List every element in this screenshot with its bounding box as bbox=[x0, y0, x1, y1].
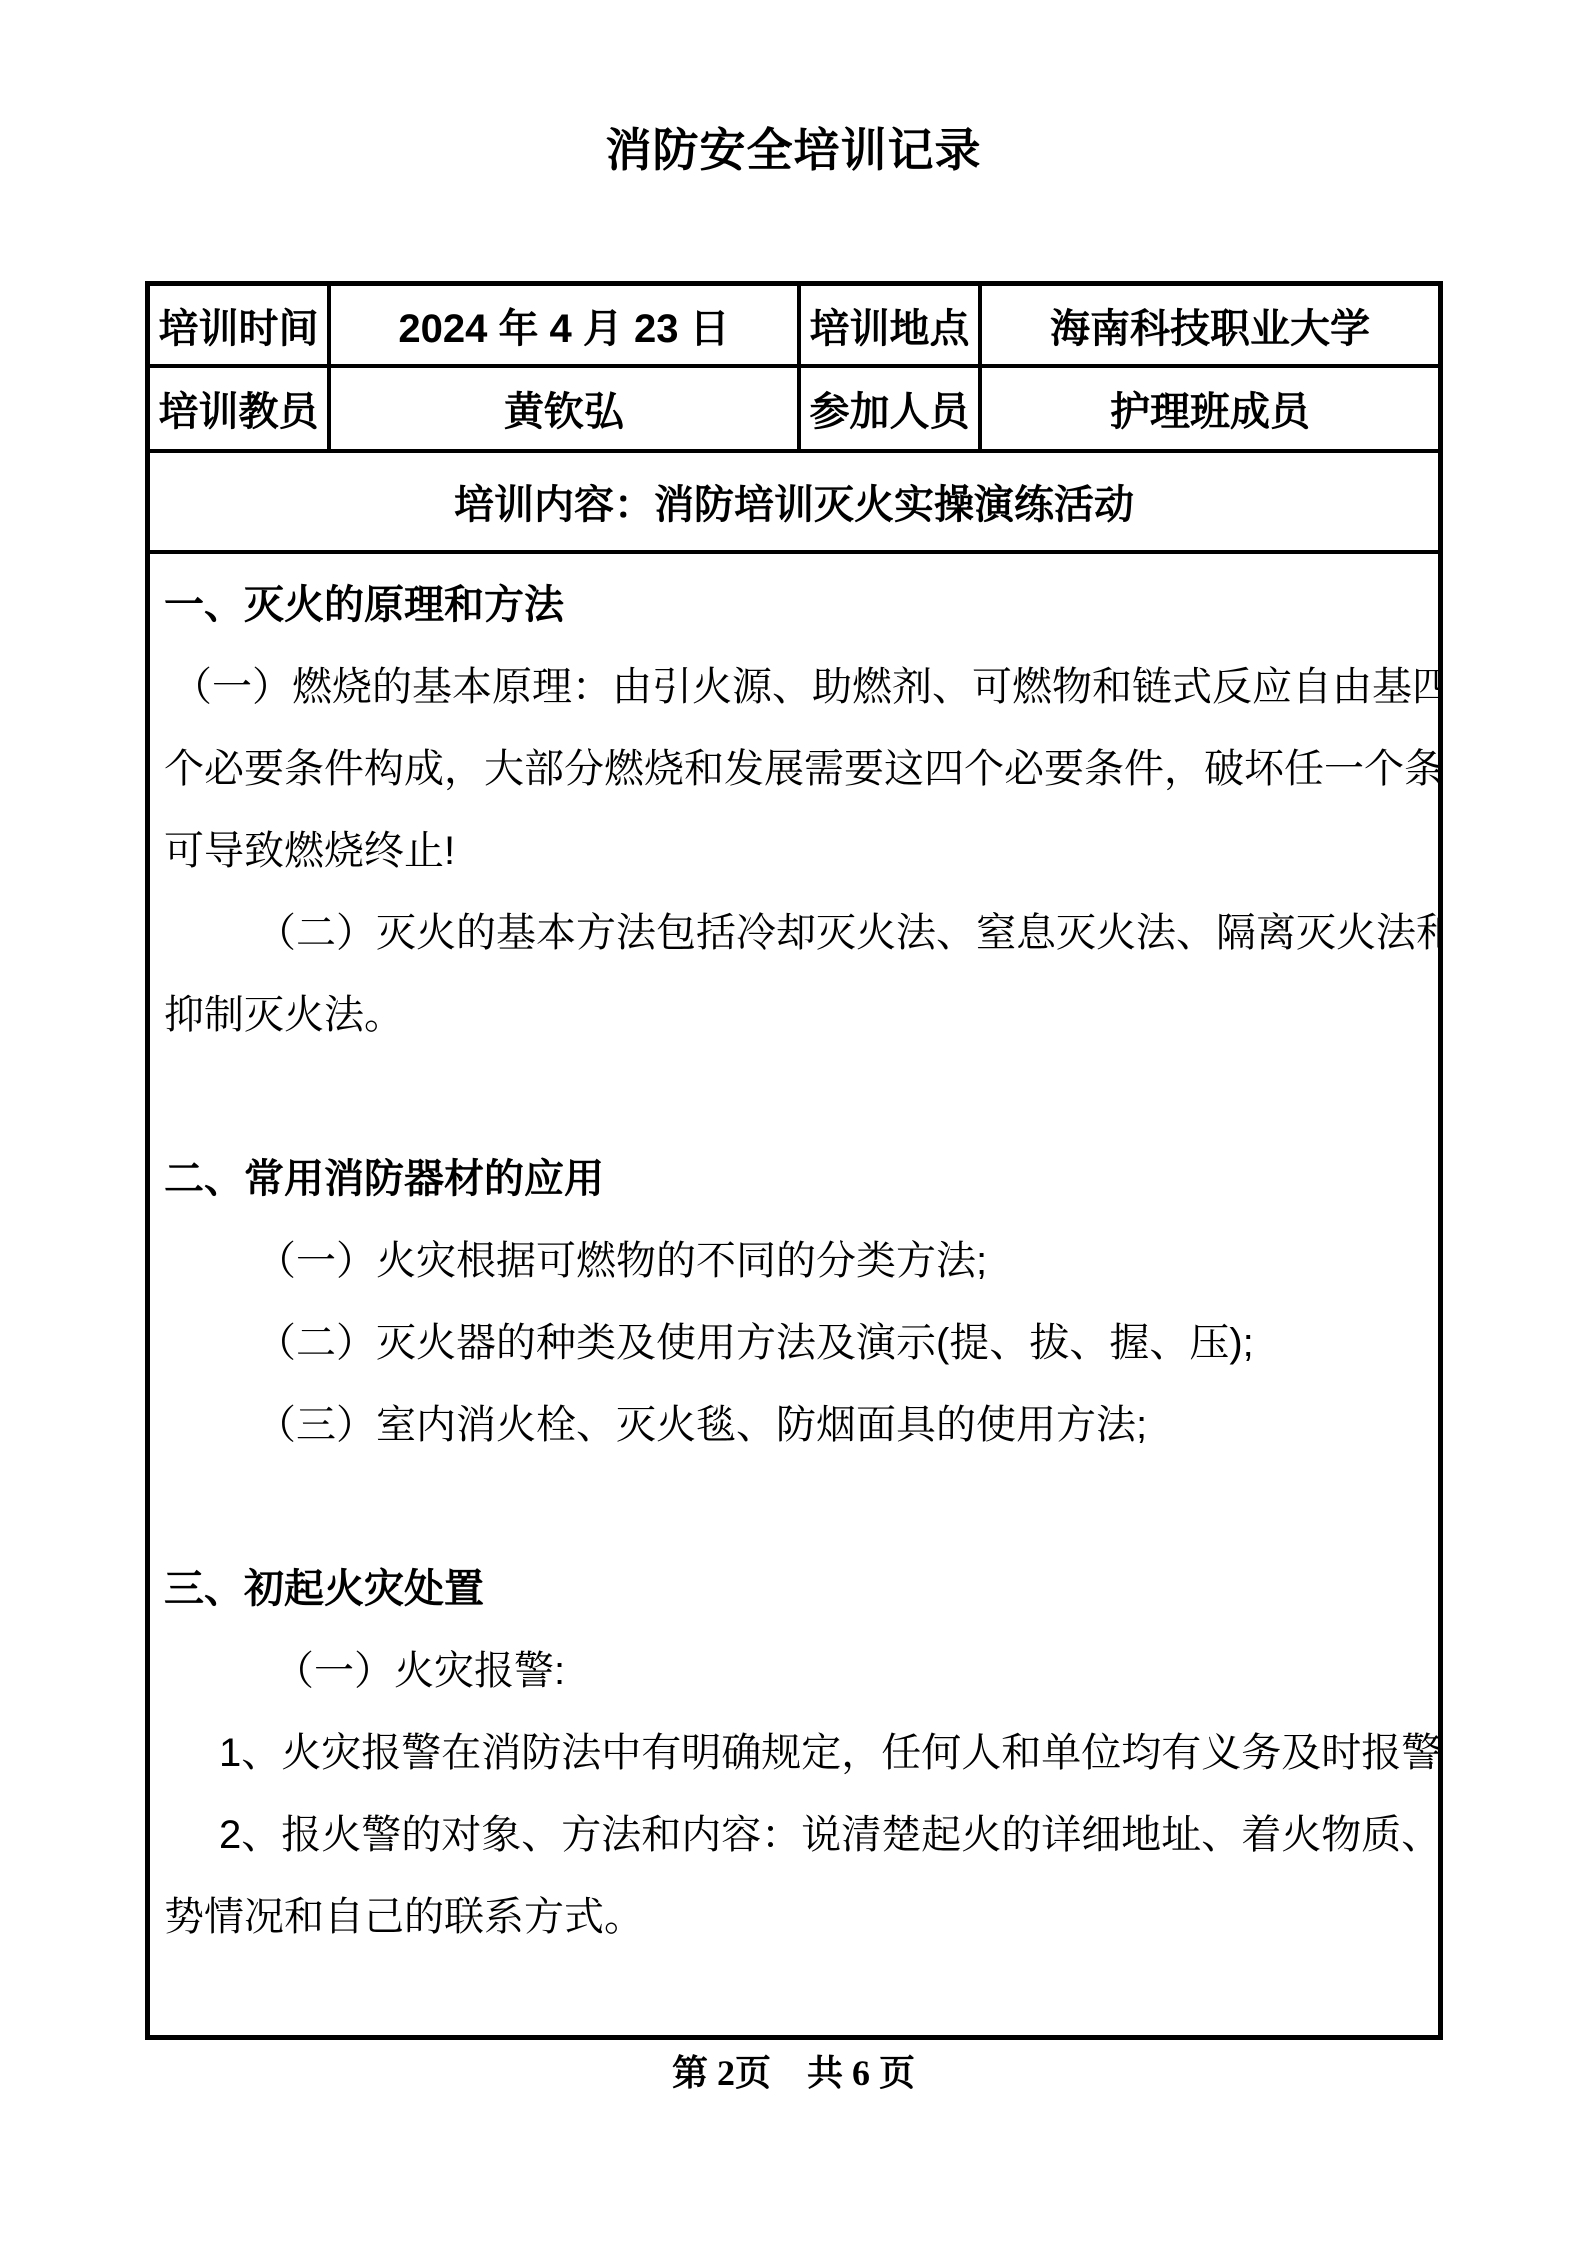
body-line: 可导致燃烧终止! bbox=[164, 810, 1428, 892]
training-record-table: 培训时间 2024 年 4 月 23 日 培训地点 海南科技职业大学 培训教员 … bbox=[145, 281, 1443, 2040]
table-row: 培训教员 黄钦弘 参加人员 护理班成员 bbox=[150, 368, 1438, 453]
body-line: 三、初起火灾处置 bbox=[164, 1548, 1428, 1630]
body-line-blank bbox=[164, 1056, 1428, 1138]
body-line: 势情况和自己的联系方式。 bbox=[164, 1876, 1428, 1958]
training-place-value: 海南科技职业大学 bbox=[982, 286, 1438, 364]
training-time-label: 培训时间 bbox=[150, 286, 331, 364]
page-title: 消防安全培训记录 bbox=[0, 118, 1587, 182]
training-content-title: 培训内容：消防培训灭火实操演练活动 bbox=[150, 453, 1438, 554]
training-content-body: 一、灭火的原理和方法 （一）燃烧的基本原理：由引火源、助燃剂、可燃物和链式反应自… bbox=[150, 554, 1438, 2035]
training-place-label: 培训地点 bbox=[801, 286, 982, 364]
body-line: 个必要条件构成，大部分燃烧和发展需要这四个必要条件，破坏任一个条件都 bbox=[164, 728, 1428, 810]
body-line: 一、灭火的原理和方法 bbox=[164, 564, 1428, 646]
body-line: （一）燃烧的基本原理：由引火源、助燃剂、可燃物和链式反应自由基四 bbox=[164, 646, 1428, 728]
body-line: 1、火灾报警在消防法中有明确规定，任何人和单位均有义务及时报警。 bbox=[164, 1712, 1428, 1794]
trainer-value: 黄钦弘 bbox=[331, 368, 801, 449]
body-line: 2、报火警的对象、方法和内容：说清楚起火的详细地址、着火物质、火 bbox=[164, 1794, 1428, 1876]
participants-value: 护理班成员 bbox=[982, 368, 1438, 449]
body-line-blank bbox=[164, 1466, 1428, 1548]
trainer-label: 培训教员 bbox=[150, 368, 331, 449]
body-line: （二）灭火器的种类及使用方法及演示(提、拔、握、压); bbox=[164, 1302, 1428, 1384]
body-line: （二）灭火的基本方法包括冷却灭火法、窒息灭火法、隔离灭火法和化学 bbox=[164, 892, 1428, 974]
page-footer: 第 2页 共 6 页 bbox=[0, 2050, 1587, 2096]
body-line: 抑制灭火法。 bbox=[164, 974, 1428, 1056]
body-line: （一）火灾根据可燃物的不同的分类方法; bbox=[164, 1220, 1428, 1302]
training-time-value: 2024 年 4 月 23 日 bbox=[331, 286, 801, 364]
body-line: （三）室内消火栓、灭火毯、防烟面具的使用方法; bbox=[164, 1384, 1428, 1466]
body-line: 二、常用消防器材的应用 bbox=[164, 1138, 1428, 1220]
participants-label: 参加人员 bbox=[801, 368, 982, 449]
body-line: （一）火灾报警: bbox=[164, 1630, 1428, 1712]
table-row: 培训时间 2024 年 4 月 23 日 培训地点 海南科技职业大学 bbox=[150, 286, 1438, 368]
